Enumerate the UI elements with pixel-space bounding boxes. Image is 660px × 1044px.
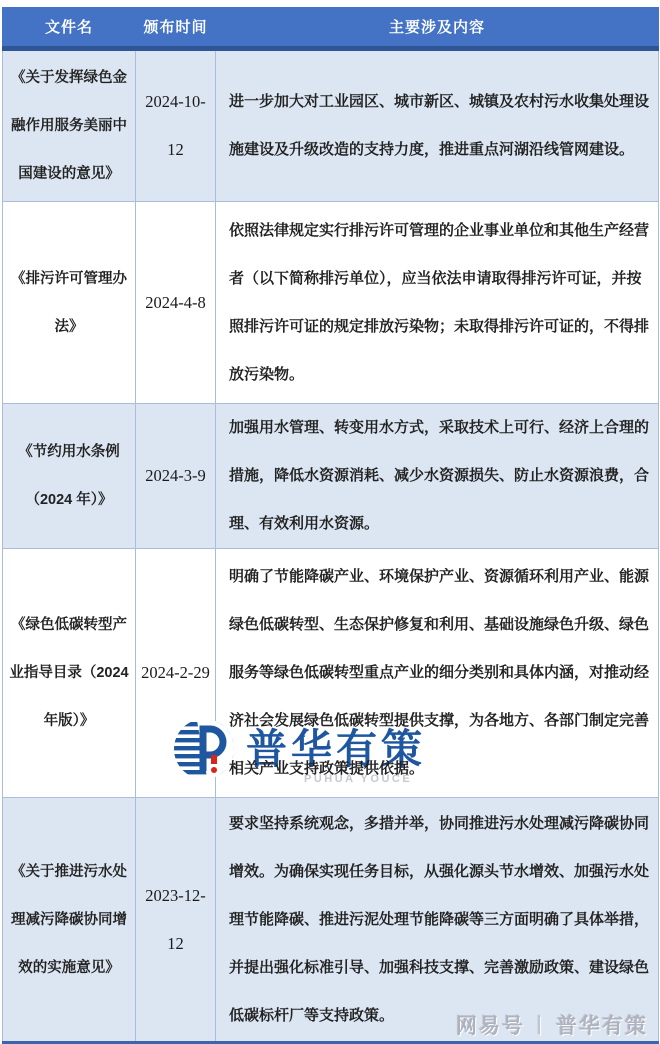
policy-date-cell: 2024-10-12 [136, 49, 216, 202]
policy-name: 《关于发挥绿色金融作用服务美丽中国建设的意见》 [11, 70, 127, 182]
policy-name: 《排污许可管理办法》 [11, 271, 127, 335]
table-row: 《绿色低碳转型产业指导目录（2024 年版）》 2024-2-29 明确了节能降… [3, 549, 659, 798]
policy-content-cell: 加强用水管理、转变用水方式，采取技术上可行、经济上合理的措施，降低水资源消耗、减… [216, 404, 659, 549]
policy-date-cell: 2024-3-9 [136, 404, 216, 549]
policy-table-page: 文件名 颁布时间 主要涉及内容 《关于发挥绿色金融作用服务美丽中国建设的意见》 … [0, 7, 660, 1044]
policy-name: 《绿色低碳转型产业指导目录（2024 年版）》 [9, 617, 128, 729]
header-issue-date: 颁布时间 [136, 7, 216, 49]
policy-name-cell: 《绿色低碳转型产业指导目录（2024 年版）》 [3, 549, 136, 798]
table-header-row: 文件名 颁布时间 主要涉及内容 [3, 7, 659, 49]
policy-content-cell: 明确了节能降碳产业、环境保护产业、资源循环利用产业、能源绿色低碳转型、生态保护修… [216, 549, 659, 798]
policy-content-cell: 依照法律规定实行排污许可管理的企业事业单位和其他生产经营者（以下简称排污单位），… [216, 202, 659, 404]
policy-name-cell: 《关于推进污水处理减污降碳协同增效的实施意见》 [3, 798, 136, 1044]
policy-content-cell: 要求坚持系统观念，多措并举，协同推进污水处理减污降碳协同增效。为确保实现任务目标… [216, 798, 659, 1044]
policy-content: 依照法律规定实行排污许可管理的企业事业单位和其他生产经营者（以下简称排污单位），… [229, 222, 649, 383]
policy-date: 2024-3-9 [145, 466, 206, 485]
policy-date: 2023-12-12 [145, 886, 206, 953]
policy-content-cell: 进一步加大对工业园区、城市新区、城镇及农村污水收集处理设施建设及升级改造的支持力… [216, 49, 659, 202]
policy-date-cell: 2024-4-8 [136, 202, 216, 404]
policy-name-cell: 《关于发挥绿色金融作用服务美丽中国建设的意见》 [3, 49, 136, 202]
policy-content: 进一步加大对工业园区、城市新区、城镇及农村污水收集处理设施建设及升级改造的支持力… [229, 93, 649, 158]
policy-content: 加强用水管理、转变用水方式，采取技术上可行、经济上合理的措施，降低水资源消耗、减… [229, 419, 649, 532]
table-row: 《排污许可管理办法》 2024-4-8 依照法律规定实行排污许可管理的企业事业单… [3, 202, 659, 404]
policy-name-cell: 《排污许可管理办法》 [3, 202, 136, 404]
policy-date: 2024-4-8 [145, 293, 206, 312]
table-row: 《关于推进污水处理减污降碳协同增效的实施意见》 2023-12-12 要求坚持系… [3, 798, 659, 1044]
policy-table: 文件名 颁布时间 主要涉及内容 《关于发挥绿色金融作用服务美丽中国建设的意见》 … [2, 7, 659, 1044]
table-row: 《节约用水条例（2024 年）》 2024-3-9 加强用水管理、转变用水方式，… [3, 404, 659, 549]
header-file-name: 文件名 [3, 7, 136, 49]
policy-date-cell: 2023-12-12 [136, 798, 216, 1044]
table-row: 《关于发挥绿色金融作用服务美丽中国建设的意见》 2024-10-12 进一步加大… [3, 49, 659, 202]
policy-date: 2024-2-29 [141, 663, 210, 682]
policy-date-cell: 2024-2-29 [136, 549, 216, 798]
policy-name: 《节约用水条例（2024 年）》 [18, 444, 120, 508]
policy-name-cell: 《节约用水条例（2024 年）》 [3, 404, 136, 549]
policy-name: 《关于推进污水处理减污降碳协同增效的实施意见》 [11, 864, 127, 976]
header-main-content: 主要涉及内容 [216, 7, 659, 49]
policy-content: 明确了节能降碳产业、环境保护产业、资源循环利用产业、能源绿色低碳转型、生态保护修… [229, 568, 649, 777]
policy-content: 要求坚持系统观念，多措并举，协同推进污水处理减污降碳协同增效。为确保实现任务目标… [229, 815, 649, 1024]
policy-date: 2024-10-12 [145, 92, 206, 159]
